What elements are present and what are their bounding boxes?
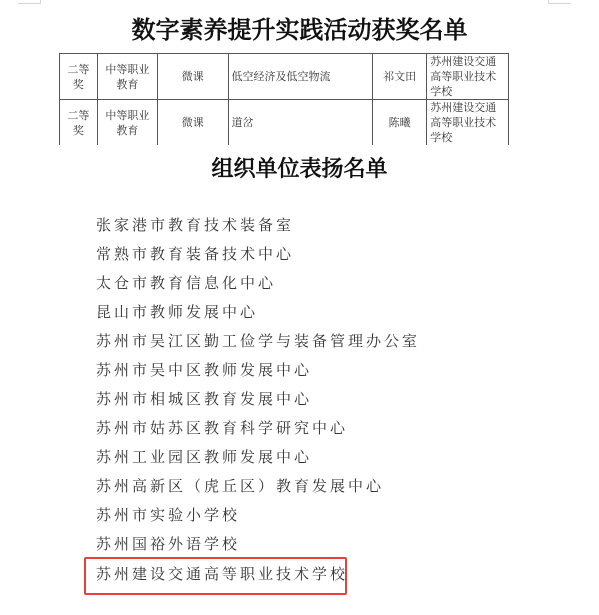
list-item: 苏州高新区（虎丘区）教育发展中心 [96,475,420,504]
list-item: 昆山市教师发展中心 [96,301,420,330]
list-item: 苏州市吴江区勤工俭学与装备管理办公室 [96,330,420,359]
list-item: 张家港市教育技术装备室 [96,214,420,243]
page-corner-mark-right [548,0,571,4]
list-item: 苏州市相城区教育发展中心 [96,388,420,417]
awards-table: 二等奖 中等职业教育 微课 低空经济及低空物流 祁文田 苏州建设交通高等职业技术… [59,53,509,145]
list-item: 苏州市实验小学校 [96,504,420,533]
table-row: 二等奖 中等职业教育 微课 低空经济及低空物流 祁文田 苏州建设交通高等职业技术… [60,54,509,100]
work-title-cell: 道岔 [228,100,373,146]
author-cell: 祁文田 [373,54,427,100]
award-level-cell: 二等奖 [60,54,98,100]
type-cell: 微课 [158,54,228,100]
main-title: 数字素养提升实践活动获奖名单 [0,10,599,45]
author-cell: 陈曦 [373,100,427,146]
award-level-cell: 二等奖 [60,100,98,146]
work-title-cell: 低空经济及低空物流 [228,54,373,100]
category-cell: 中等职业教育 [97,100,157,146]
school-cell: 苏州建设交通高等职业技术学校 [427,54,509,100]
type-cell: 微课 [158,100,228,146]
page-corner-mark-left [18,0,41,4]
category-cell: 中等职业教育 [97,54,157,100]
highlight-box [84,557,347,595]
org-section-title: 组织单位表扬名单 [0,152,599,183]
table-row: 二等奖 中等职业教育 微课 道岔 陈曦 苏州建设交通高等职业技术学校 [60,100,509,146]
school-cell: 苏州建设交通高等职业技术学校 [427,100,509,146]
organization-list: 张家港市教育技术装备室 常熟市教育装备技术中心 太仓市教育信息化中心 昆山市教师… [96,214,420,592]
list-item: 苏州市姑苏区教育科学研究中心 [96,417,420,446]
list-item: 苏州市吴中区教师发展中心 [96,359,420,388]
list-item: 常熟市教育装备技术中心 [96,243,420,272]
list-item: 太仓市教育信息化中心 [96,272,420,301]
list-item: 苏州工业园区教师发展中心 [96,446,420,475]
